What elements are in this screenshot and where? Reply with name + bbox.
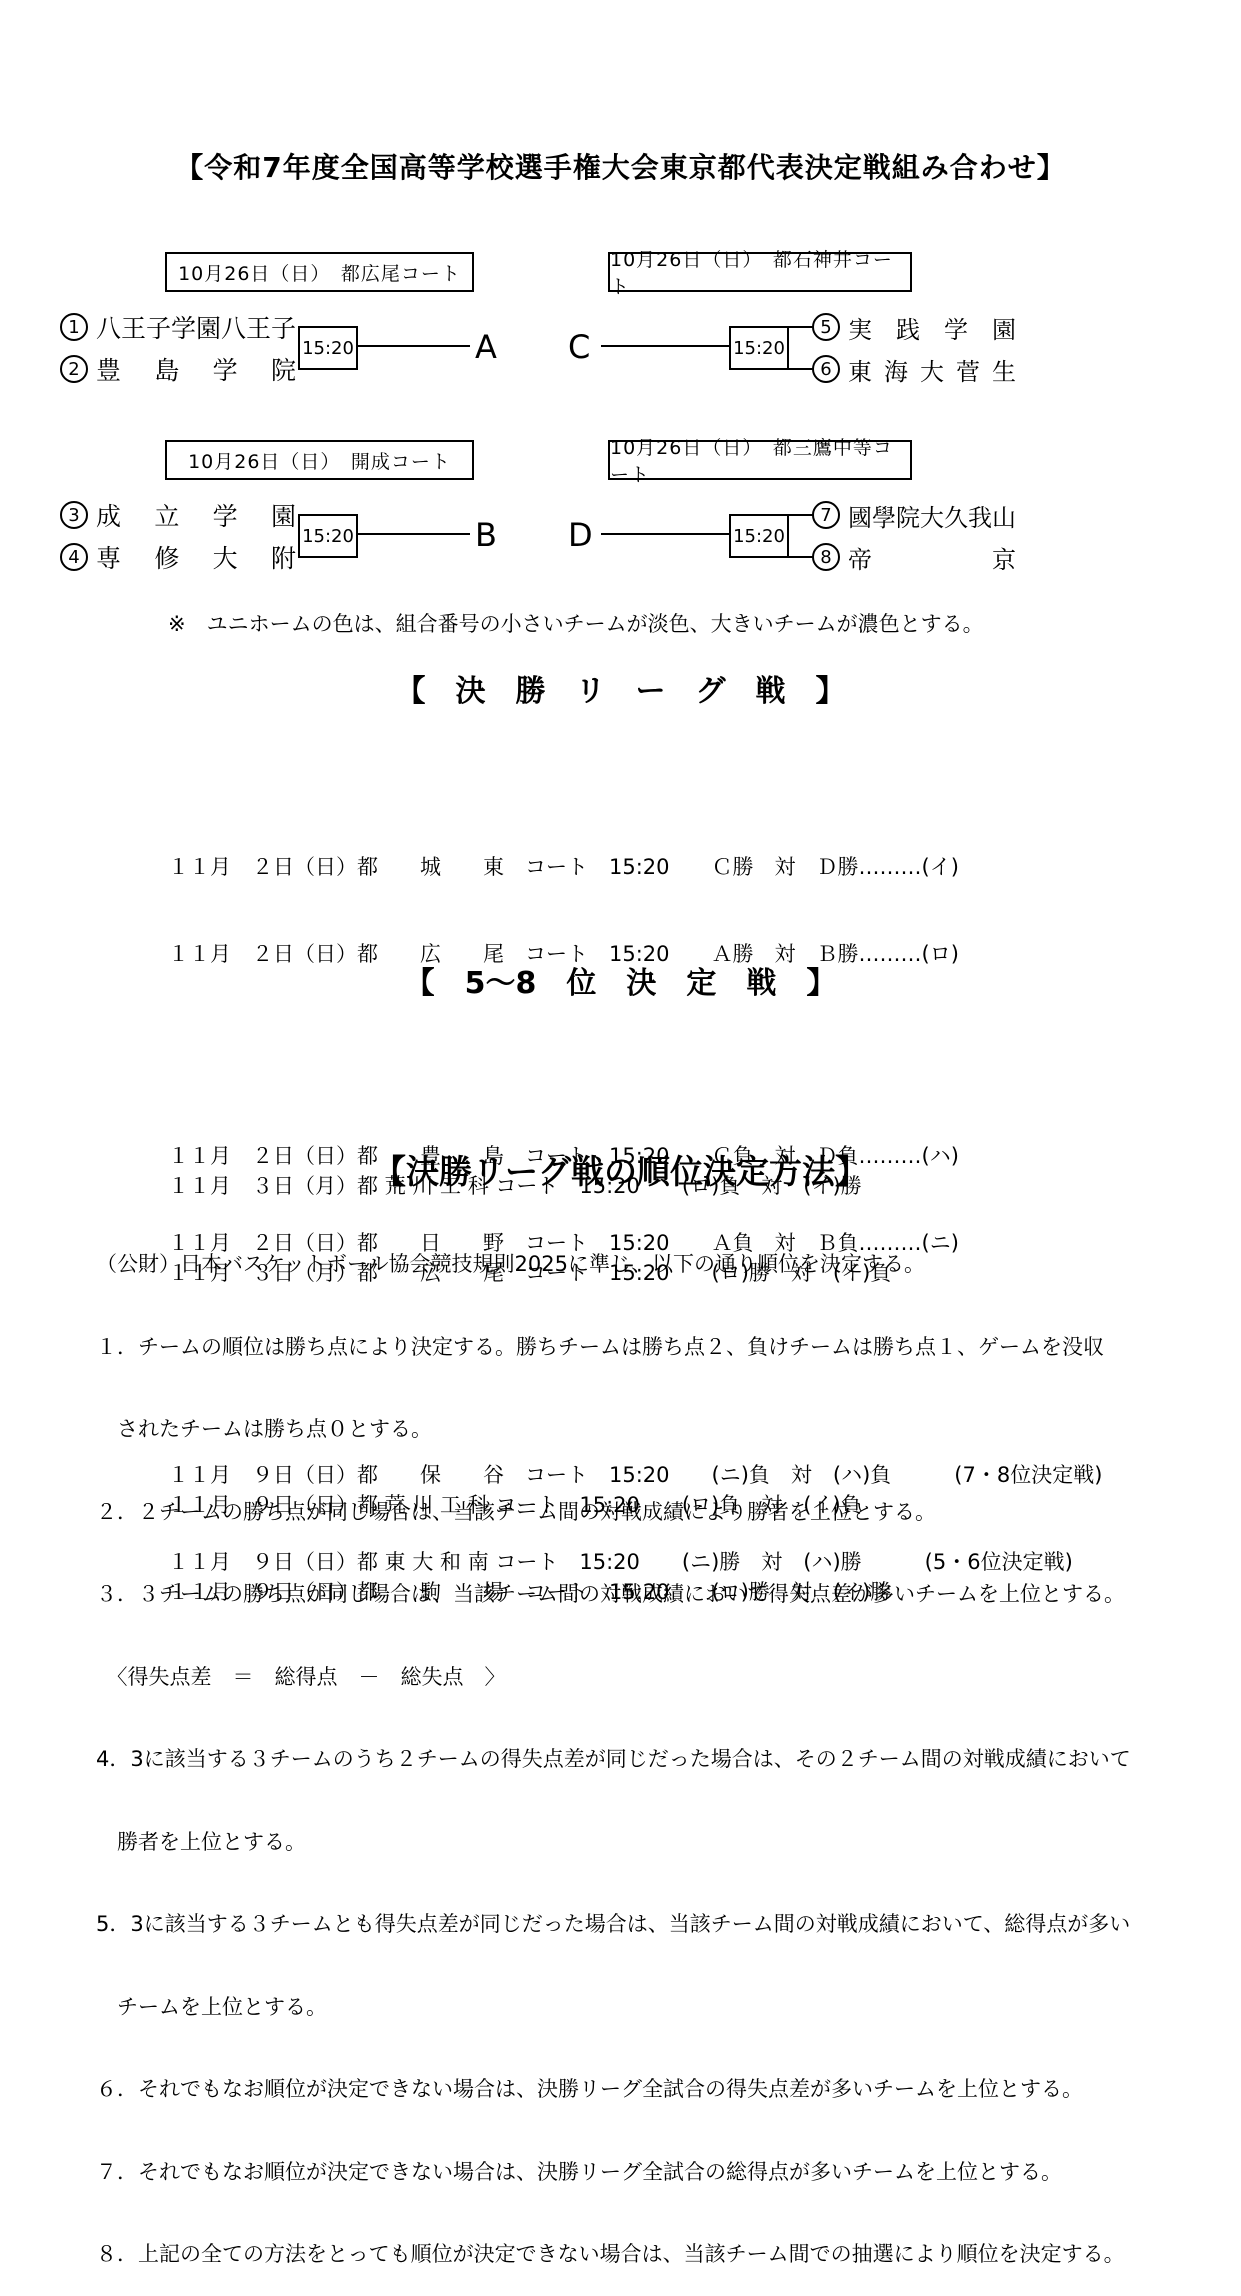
venue-date-box: 10月26日（日） 都広尾コート xyxy=(165,252,474,292)
schedule-line: １１月 ２日（日）都 城 東 コート 15:20 Ｃ勝 対 Ｄ勝………(イ) xyxy=(168,853,959,882)
rule-line: ７．それでもなお順位が決定できない場合は、決勝リーグ全試合の総得点が多いチームを… xyxy=(96,2159,1131,2187)
seed-number: 2 xyxy=(60,355,88,383)
seed-number: 4 xyxy=(60,543,88,571)
connector-line xyxy=(601,533,729,535)
connector-line xyxy=(789,368,813,370)
final-league-heading: 【 決 勝 リ ー グ 戦 】 xyxy=(0,666,1241,710)
team-row: 8 帝京 xyxy=(812,541,1016,573)
rule-line: 勝者を上位とする。 xyxy=(96,1829,1131,1857)
rule-line: １．チームの順位は勝ち点により決定する。勝ちチームは勝ち点２、負けチームは勝ち点… xyxy=(96,1334,1131,1362)
team-row: 7 國學院大久我山 xyxy=(812,499,1016,531)
connector-line xyxy=(789,514,813,516)
winner-slot-label: D xyxy=(568,519,593,551)
seed-number: 5 xyxy=(812,313,840,341)
connector-line xyxy=(789,326,813,328)
winner-slot-label: A xyxy=(475,331,497,363)
rule-line: 〈得失点差 ＝ 総得点 － 総失点 〉 xyxy=(96,1664,1131,1692)
connector-line xyxy=(358,345,470,347)
connector-line xyxy=(358,533,470,535)
team-name: 國學院大久我山 xyxy=(848,498,1016,533)
team-row: 2 豊島学院 xyxy=(60,353,296,385)
seed-number: 6 xyxy=(812,355,840,383)
placement-5-8-heading: 【 5～8 位 決 定 戦 】 xyxy=(0,958,1241,1002)
rule-line: ３．３チームの勝ち点が同じ場合は、当該チーム間の対戦成績において得失点差が多いチ… xyxy=(96,1581,1131,1609)
team-row: 5 実践学園 xyxy=(812,311,1016,343)
winner-slot-label: B xyxy=(475,519,497,551)
seed-number: 3 xyxy=(60,501,88,529)
uniform-color-note: ※ ユニホームの色は、組合番号の小さいチームが淡色、大きいチームが濃色とする。 xyxy=(168,608,984,638)
match-time-box: 15:20 xyxy=(729,326,789,370)
document-title: 【令和7年度全国高等学校選手権大会東京都代表決定戦組み合わせ】 xyxy=(0,146,1241,186)
rule-line: チームを上位とする。 xyxy=(96,1994,1131,2022)
ranking-rules-heading: 【決勝リーグ戦の順位決定方法】 xyxy=(0,1146,1241,1193)
team-row: 3 成立学園 xyxy=(60,499,296,531)
rule-line: （公財）日本バスケットボール協会競技規則2025に準じ、以下の通り順位を決定する… xyxy=(96,1251,1131,1279)
venue-date-box: 10月26日（日） 都石神井コート xyxy=(608,252,912,292)
team-name: 八王子学園八王子 xyxy=(96,309,296,345)
seed-number: 1 xyxy=(60,313,88,341)
team-name: 成立学園 xyxy=(96,497,296,533)
team-row: 6 東海大菅生 xyxy=(812,353,1016,385)
team-name: 実践学園 xyxy=(848,310,1016,345)
rule-line: されたチームは勝ち点０とする。 xyxy=(96,1416,1131,1444)
rule-line: ６．それでもなお順位が決定できない場合は、決勝リーグ全試合の得失点差が多いチーム… xyxy=(96,2076,1131,2104)
connector-line xyxy=(601,345,729,347)
venue-date-box: 10月26日（日） 都三鷹中等コート xyxy=(608,440,912,480)
rule-line: ２．２チームの勝ち点が同じ場合は、当該チーム間の対戦成績により勝者を上位とする。 xyxy=(96,1499,1131,1527)
rule-line: 5．3に該当する３チームとも得失点差が同じだった場合は、当該チーム間の対戦成績に… xyxy=(96,1911,1131,1939)
team-name: 専修大附 xyxy=(96,539,296,575)
team-name: 豊島学院 xyxy=(96,351,296,387)
team-row: 4 専修大附 xyxy=(60,541,296,573)
seed-number: 7 xyxy=(812,501,840,529)
match-time-box: 15:20 xyxy=(729,514,789,558)
team-row: 1 八王子学園八王子 xyxy=(60,311,296,343)
ranking-rules: （公財）日本バスケットボール協会競技規則2025に準じ、以下の通り順位を決定する… xyxy=(96,1196,1131,2296)
team-name: 東海大菅生 xyxy=(848,352,1016,387)
rule-line: 4．3に該当する３チームのうち２チームの得失点差が同じだった場合は、その２チーム… xyxy=(96,1746,1131,1774)
winner-slot-label: C xyxy=(568,331,590,363)
rule-line: ８．上記の全ての方法をとっても順位が決定できない場合は、当該チーム間での抽選によ… xyxy=(96,2241,1131,2269)
match-time-box: 15:20 xyxy=(298,514,358,558)
team-name: 帝京 xyxy=(848,540,1016,575)
connector-line xyxy=(789,556,813,558)
venue-date-box: 10月26日（日） 開成コート xyxy=(165,440,474,480)
seed-number: 8 xyxy=(812,543,840,571)
match-time-box: 15:20 xyxy=(298,326,358,370)
